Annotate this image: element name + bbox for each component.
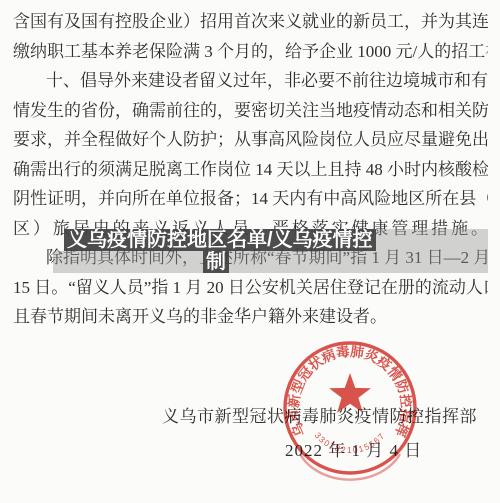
document-line: 且春节期间未离开义乌的非金华户籍外来建设者。 (13, 302, 488, 332)
red-seal-stamp: 义乌市新型冠状病毒肺炎疫情防控指挥部 3307821015567 (280, 338, 420, 490)
document-line: 情发生的省份，确需前往的，要密切关注当地疫情动态和相关防控 (13, 96, 488, 126)
headline-overlay: 义乌疫情防控地区名单/义乌疫情控 (64, 229, 488, 251)
document-line: 阴性证明，并向所在单位报备；14 天内有中高风险地区所在县（市、 (13, 184, 488, 214)
document-body: 含国有及国有控股企业）招用首次来义就业的新员工，并为其连续缴纳职工基本养老保险满… (13, 7, 488, 332)
headline-overlay-row2: 制 (53, 251, 488, 273)
star-icon (329, 373, 371, 413)
seal-second-impression-arc (300, 454, 400, 480)
document-line: 含国有及国有控股企业）招用首次来义就业的新员工，并为其连续 (13, 7, 488, 37)
document-page: 含国有及国有控股企业）招用首次来义就业的新员工，并为其连续缴纳职工基本养老保险满… (13, 7, 488, 332)
document-line: 确需出行的须满足脱离工作岗位 14 天以上且持 48 小时内核酸检测 (13, 155, 488, 185)
document-line: 十、倡导外来建设者留义过年，非必要不前往边境城市和有疫 (13, 66, 488, 96)
document-line: 要求，并全程做好个人防护；从事高风险岗位人员应尽量避免出行， (13, 125, 488, 155)
headline-line-1: 义乌疫情防控地区名单/义乌疫情控 (64, 229, 376, 251)
headline-line-2: 制 (203, 251, 229, 273)
scanned-document-screenshot: { "page": { "background": "#fbfbfa", "te… (0, 0, 500, 503)
seal-code: 3307821015567 (313, 430, 388, 455)
document-line: 缴纳职工基本养老保险满 3 个月的，给予企业 1000 元/人的招工补助。 (13, 37, 488, 67)
document-line: 15 日。“留义人员”指 1 月 20 日公安机关居住登记在册的流动人口， (13, 273, 488, 303)
